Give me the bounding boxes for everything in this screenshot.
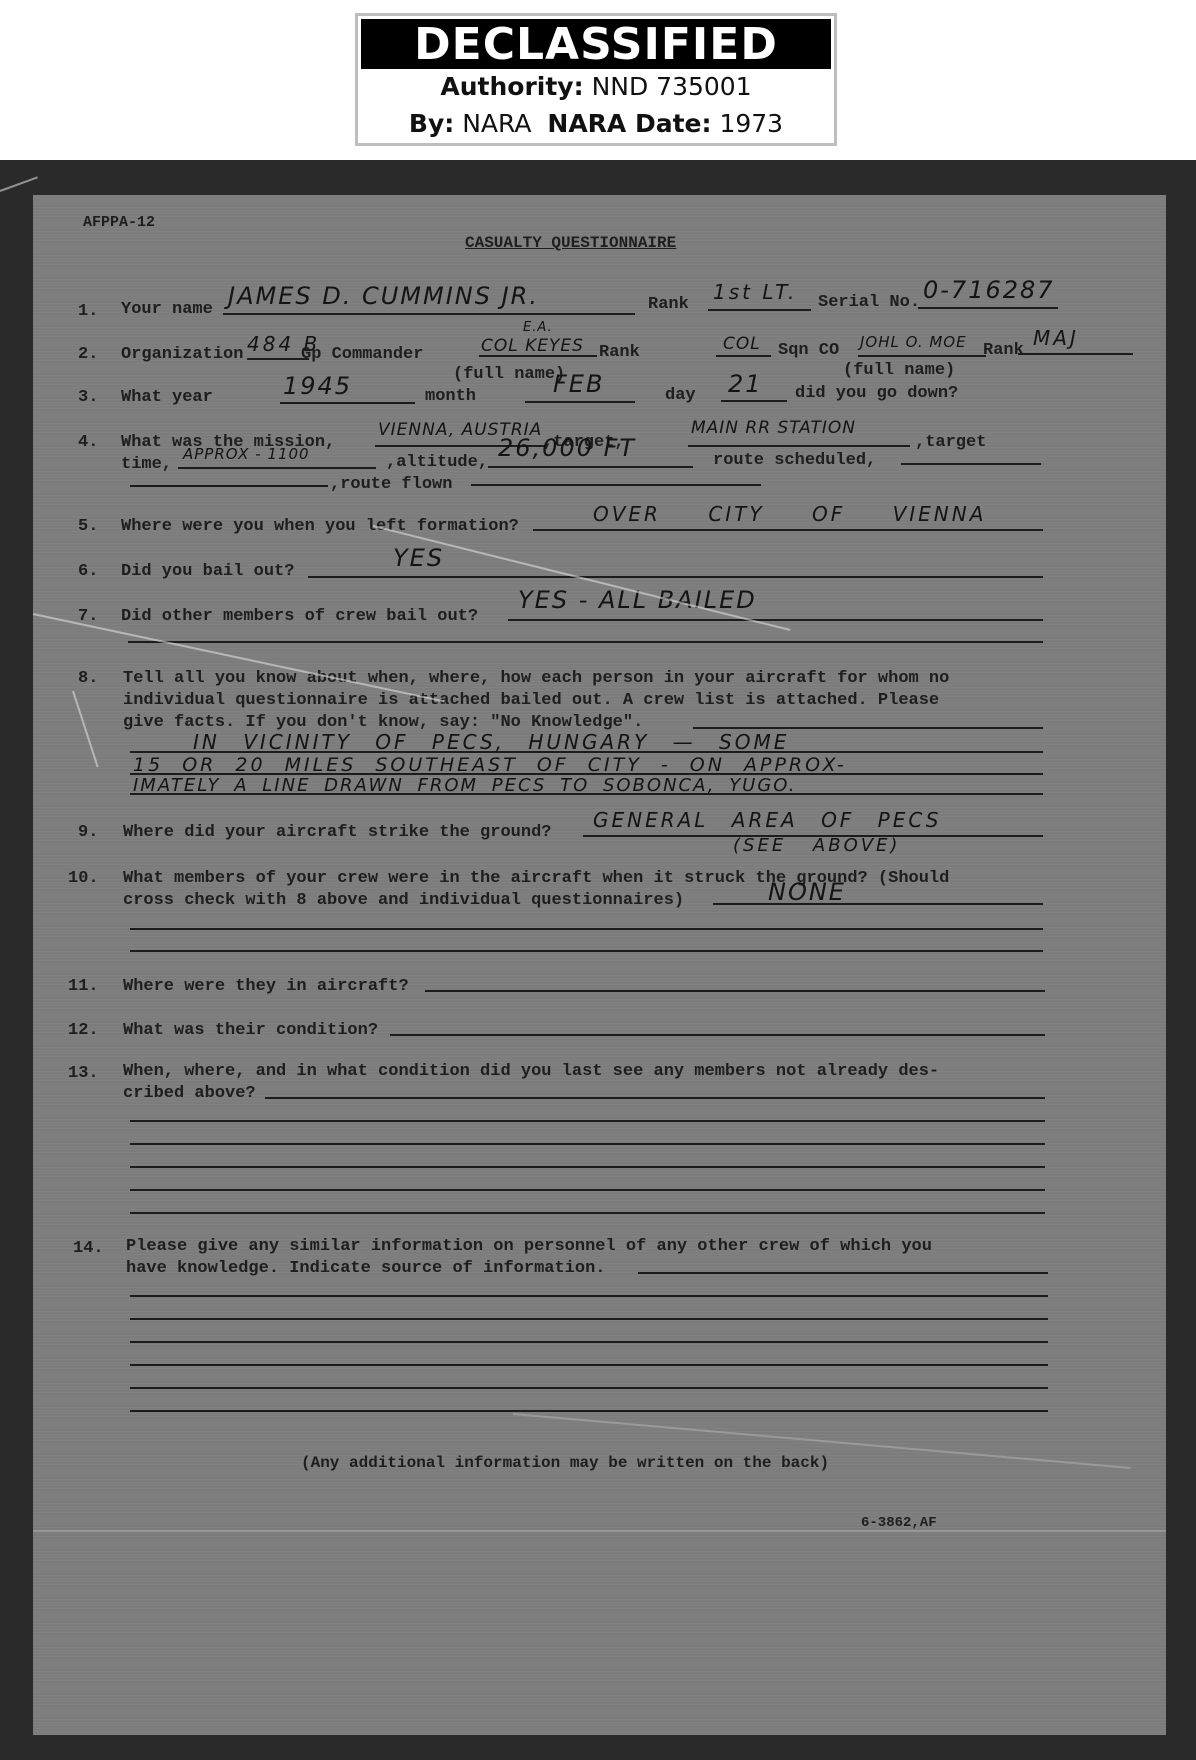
stamp-by-date: By: NARA NARA Date: 1973 (358, 109, 834, 139)
q6-label: Did you bail out? (121, 562, 294, 582)
q2-sqn-rank-label: Rank (983, 341, 1024, 361)
q8-line-1: Tell all you know about when, where, how… (123, 669, 949, 689)
q7-line (508, 619, 1043, 621)
q2-sqn-fullname-note: (full name) (843, 361, 955, 381)
q5-answer: OVER CITY OF VIENNA (593, 501, 986, 527)
q4-altitude-label: ,altitude, (386, 453, 488, 473)
q12-number: 12. (68, 1021, 99, 1041)
q13-number: 13. (68, 1064, 99, 1084)
q3-month-line (525, 401, 635, 403)
q1-rank-value: 1st LT. (713, 279, 797, 305)
q1-rank-label: Rank (648, 295, 689, 315)
q10-number: 10. (68, 869, 99, 889)
q13-line-1: When, where, and in what condition did y… (123, 1062, 939, 1082)
q2-org-line (247, 358, 309, 360)
q4-target-time-label: ,target (915, 433, 986, 453)
scanned-page: AFPPA-12 CASUALTY QUESTIONNAIRE 1. Your … (0, 160, 1196, 1760)
q14-line-6-rule[interactable] (130, 1387, 1048, 1389)
authority-value: NND 735001 (592, 72, 752, 101)
q1-name-value: JAMES D. CUMMINS JR. (228, 283, 539, 309)
q3-month-value: FEB (553, 371, 604, 397)
q2-sqn-line (858, 355, 986, 357)
q6-answer: YES (393, 545, 444, 571)
q14-line-7-rule[interactable] (130, 1410, 1048, 1412)
q4-route-flown-line[interactable] (471, 484, 761, 486)
q13-line-5-rule[interactable] (130, 1189, 1045, 1191)
q2-sqn-rank-value: MAJ (1033, 325, 1079, 351)
stamp-heading: DECLASSIFIED (361, 19, 831, 69)
q4-time-line (178, 467, 376, 469)
date-label: NARA Date: (547, 109, 711, 138)
q11-label: Where were they in aircraft? (123, 977, 409, 997)
form-code: AFPPA-12 (83, 213, 155, 233)
authority-label: Authority: (440, 72, 583, 101)
q3-year-line (280, 402, 415, 404)
q13-line-6-rule[interactable] (130, 1212, 1045, 1214)
q13-line-1-rule[interactable] (265, 1097, 1045, 1099)
q14-line-4-rule[interactable] (130, 1341, 1048, 1343)
q9-answer: GENERAL AREA OF PECS (593, 807, 941, 833)
q1-name-line (223, 313, 635, 315)
q5-line (533, 529, 1043, 531)
q1-rank-line (708, 309, 811, 311)
q4-time-label: time, (121, 455, 172, 475)
q9-number: 9. (78, 823, 98, 843)
q1-serial-line (918, 307, 1058, 309)
form-title: CASUALTY QUESTIONNAIRE (465, 233, 676, 253)
q8-answer-3: IMATELY A LINE DRAWN FROM PECS TO SOBONC… (133, 773, 796, 799)
q10-line (713, 903, 1043, 905)
q2-number: 2. (78, 345, 98, 365)
footer-note: (Any additional information may be writt… (301, 1453, 829, 1473)
q3-day-line (721, 400, 787, 402)
q3-month-label: month (425, 387, 476, 407)
q14-line-5-rule[interactable] (130, 1364, 1048, 1366)
q9-label: Where did your aircraft strike the groun… (123, 823, 551, 843)
q1-name-label: Your name (121, 300, 213, 320)
q2-cmdr-rank-value: COL (723, 331, 761, 357)
q4-altitude-line (488, 466, 693, 468)
q12-line[interactable] (390, 1034, 1045, 1036)
q3-day-value: 21 (728, 371, 763, 397)
q14-line-2: have knowledge. Indicate source of infor… (126, 1259, 605, 1279)
scan-scratch (33, 1530, 1166, 1532)
by-value: NARA (462, 109, 531, 138)
q4-route-scheduled-line[interactable] (901, 463, 1041, 465)
q2-sqn-value: JOHL O. MOE (860, 329, 967, 355)
q3-year-value: 1945 (283, 373, 352, 399)
q3-suffix: did you go down? (795, 384, 958, 404)
q2-org-label: Organization (121, 345, 243, 365)
q10-line-2: cross check with 8 above and individual … (123, 891, 684, 911)
q3-number: 3. (78, 388, 98, 408)
date-value: 1973 (719, 109, 783, 138)
q1-serial-value: 0-716287 (923, 277, 1055, 303)
q5-label: Where were you when you left formation? (121, 517, 519, 537)
q7-label: Did other members of crew bail out? (121, 607, 478, 627)
q4-route-scheduled-line-2[interactable] (130, 485, 328, 487)
q4-time-value: APPROX - 1100 (183, 441, 310, 467)
q3-day-label: day (665, 386, 696, 406)
q2-cmdr-rank-label: Rank (599, 343, 640, 363)
q2-sqn-rank-line (1018, 353, 1133, 355)
q9-answer-note: (SEE ABOVE) (733, 833, 900, 859)
q14-line-1-rule[interactable] (638, 1272, 1048, 1274)
q2-cmdr-rank-line (716, 355, 771, 357)
scan-scratch (72, 691, 99, 768)
q10-answer: NONE (768, 879, 846, 905)
stamp-authority: Authority: NND 735001 (358, 72, 834, 102)
q4-route-scheduled-label: route scheduled, (713, 451, 876, 471)
q8-number: 8. (78, 669, 98, 689)
q14-line-3-rule[interactable] (130, 1318, 1048, 1320)
q8-answer-line-3 (130, 793, 1043, 795)
by-label: By: (409, 109, 454, 138)
q2-cmdr-fullname-note: (full name) (453, 365, 565, 385)
q11-number: 11. (68, 977, 99, 997)
q13-line-4-rule[interactable] (130, 1166, 1045, 1168)
q2-sqn-label: Sqn CO (778, 341, 839, 361)
q10-line-2 (130, 928, 1043, 930)
q2-cmdr-label: Gp Commander (301, 345, 423, 365)
q4-target-line (688, 445, 910, 447)
declassified-stamp: DECLASSIFIED Authority: NND 735001 By: N… (355, 13, 837, 146)
q4-route-flown-label: ,route flown (330, 475, 452, 495)
q3-year-label: What year (121, 388, 213, 408)
q1-serial-label: Serial No. (818, 293, 920, 313)
q6-line (308, 576, 1043, 578)
questionnaire-paper: AFPPA-12 CASUALTY QUESTIONNAIRE 1. Your … (33, 195, 1166, 1735)
q13-line-2: cribed above? (123, 1084, 256, 1104)
q1-number: 1. (78, 302, 98, 322)
q14-line-1: Please give any similar information on p… (126, 1237, 932, 1257)
q12-label: What was their condition? (123, 1021, 378, 1041)
q14-number: 14. (73, 1239, 104, 1259)
q4-target-value: MAIN RR STATION (691, 415, 856, 441)
q6-number: 6. (78, 562, 98, 582)
q10-line-3 (130, 950, 1043, 952)
q13-line-3-rule[interactable] (130, 1143, 1045, 1145)
q8-line-2: individual questionnaire is attached bai… (123, 691, 939, 711)
q4-altitude-value: 26,000 FT (498, 435, 636, 461)
q5-number: 5. (78, 517, 98, 537)
q2-cmdr-line (479, 355, 597, 357)
q7-line-2 (128, 641, 1043, 643)
q11-line[interactable] (425, 990, 1045, 992)
q14-line-2-rule[interactable] (130, 1295, 1048, 1297)
q13-line-2-rule[interactable] (130, 1120, 1045, 1122)
q4-number: 4. (78, 433, 98, 453)
scan-scratch (0, 176, 38, 192)
